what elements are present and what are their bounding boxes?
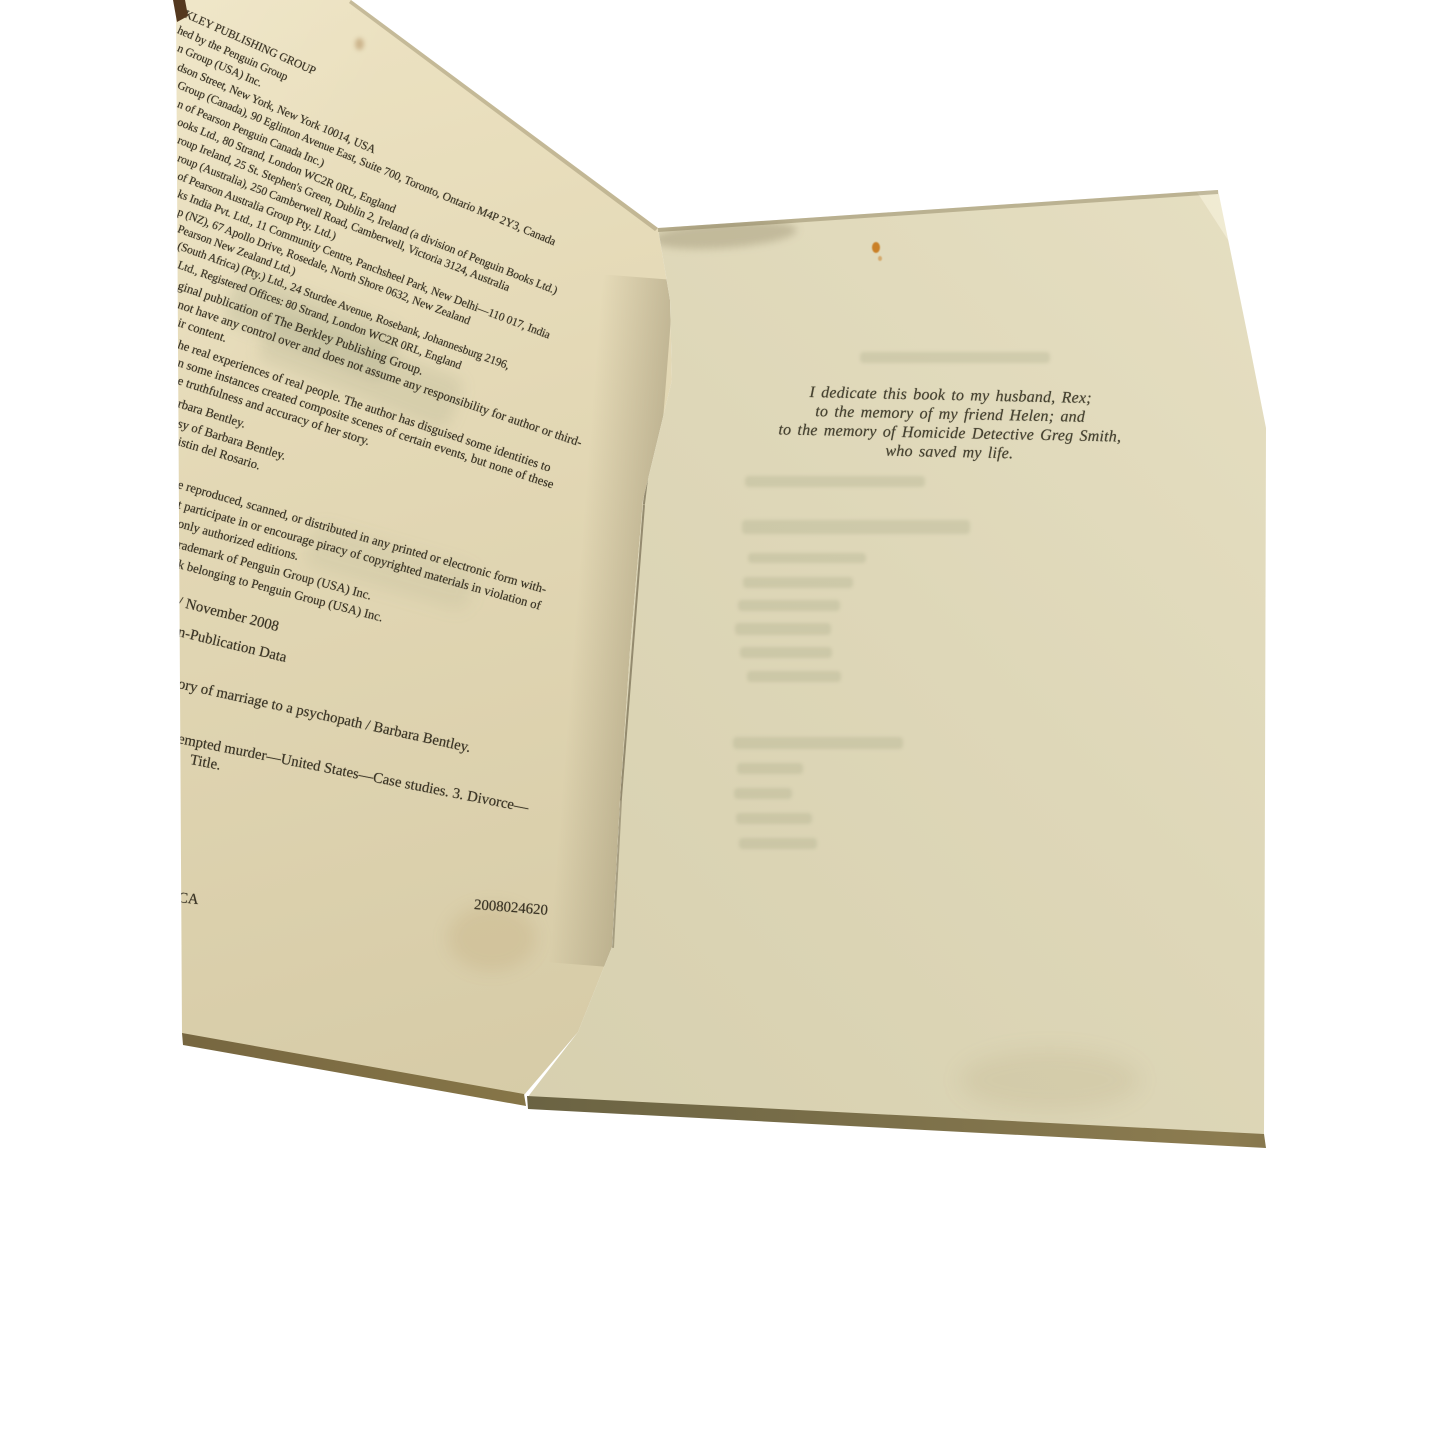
show-through-line: [738, 600, 840, 611]
show-through-line: [745, 476, 925, 487]
stain-orange-speck: [878, 256, 882, 261]
show-through-line: [740, 647, 832, 658]
show-through-line: [742, 520, 970, 534]
show-through-line: [733, 737, 903, 749]
show-through-line: [743, 577, 853, 588]
stain-spot: [355, 38, 364, 50]
catalog-code-fragment: CA: [177, 890, 199, 909]
stain-orange: [872, 242, 880, 253]
show-through-line: [737, 763, 803, 774]
show-through-line: [736, 813, 812, 824]
show-through-line: [747, 671, 841, 682]
dedication-text: I dedicate this book to my husband, Rex;…: [699, 381, 1200, 467]
show-through-line: [734, 788, 792, 799]
show-through-line: [860, 352, 1050, 363]
show-through-line: [748, 553, 866, 563]
show-through-line: [739, 838, 817, 849]
stain-faint: [960, 1050, 1140, 1110]
show-through-line: [735, 623, 831, 635]
book-photo: RKLEY PUBLISHING GROUP hed by the Pengui…: [0, 0, 1445, 1445]
